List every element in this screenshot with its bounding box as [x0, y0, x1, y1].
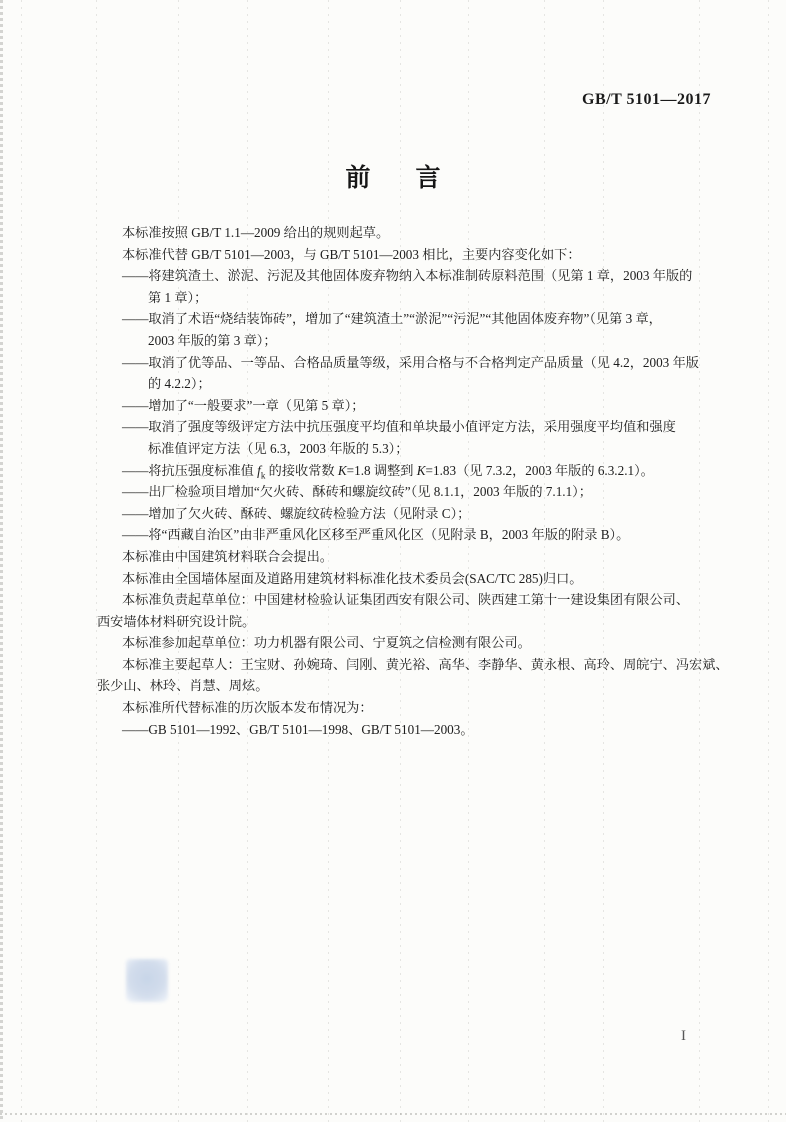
foreword-list-item: ——取消了优等品、一等品、合格品质量等级，采用合格与不合格判定产品质量（见 4.…: [97, 352, 737, 395]
foreword-content: 本标准按照 GB/T 1.1—2009 给出的规则起草。 本标准代替 GB/T …: [97, 222, 737, 740]
foreword-paragraph: 本标准由中国建筑材料联合会提出。: [97, 546, 737, 568]
foreword-paragraph: 本标准所代替标准的历次版本发布情况为：: [97, 697, 737, 719]
foreword-paragraph: 本标准代替 GB/T 5101—2003，与 GB/T 5101—2003 相比…: [97, 244, 737, 266]
scanned-document-page: GB/T 5101—2017 前 言 本标准按照 GB/T 1.1—2009 给…: [0, 0, 786, 1122]
foreword-list-item-formula: ——将抗压强度标准值 fk 的接收常数 K=1.8 调整到 K=1.83（见 7…: [97, 460, 737, 482]
foreword-list-item: ——出厂检验项目增加“欠火砖、酥砖和螺旋纹砖”（见 8.1.1，2003 年版的…: [97, 481, 737, 503]
formula-K-symbol: K: [338, 463, 347, 478]
foreword-list-item: ——增加了“一般要求”一章（见第 5 章）；: [97, 395, 737, 417]
foreword-paragraph: 本标准主要起草人：王宝财、孙婉琦、闫刚、黄光裕、高华、李静华、黄永根、高玲、周皖…: [97, 654, 737, 697]
page-number: I: [681, 1028, 686, 1045]
scan-bottom-line: [0, 1113, 786, 1115]
foreword-list-item: ——取消了术语“烧结装饰砖”，增加了“建筑渣土”“淤泥”“污泥”“其他固体废弃物…: [97, 308, 737, 351]
formula-text: 的接收常数: [265, 463, 338, 478]
foreword-paragraph: 本标准参加起草单位：功力机器有限公司、宁夏筑之信检测有限公司。: [97, 632, 737, 654]
foreword-paragraph: 本标准负责起草单位：中国建材检验认证集团西安有限公司、陕西建工第十一建设集团有限…: [97, 589, 737, 632]
foreword-list-item: ——将建筑渣土、淤泥、污泥及其他固体废弃物纳入本标准制砖原料范围（见第 1 章，…: [97, 265, 737, 308]
formula-text: =1.8 调整到: [347, 463, 417, 478]
formula-text: ——将抗压强度标准值: [122, 463, 257, 478]
foreword-list-item: ——增加了欠火砖、酥砖、螺旋纹砖检验方法（见附录 C）；: [97, 503, 737, 525]
standard-number: GB/T 5101—2017: [582, 91, 711, 109]
page-title: 前 言: [0, 158, 786, 194]
foreword-paragraph: 本标准由全国墙体屋面及道路用建筑材料标准化技术委员会(SAC/TC 285)归口…: [97, 568, 737, 590]
scan-stain-watermark: [126, 959, 168, 1002]
formula-text: =1.83（见 7.3.2，2003 年版的 6.3.2.1）。: [426, 463, 654, 478]
formula-K-symbol: K: [417, 463, 426, 478]
foreword-paragraph: 本标准按照 GB/T 1.1—2009 给出的规则起草。: [97, 222, 737, 244]
foreword-list-item: ——将“西藏自治区”由非严重风化区移至严重风化区（见附录 B，2003 年版的附…: [97, 524, 737, 546]
foreword-list-item: ——取消了强度等级评定方法中抗压强度平均值和单块最小值评定方法，采用强度平均值和…: [97, 416, 737, 459]
foreword-list-item: ——GB 5101—1992、GB/T 5101—1998、GB/T 5101—…: [97, 719, 737, 741]
